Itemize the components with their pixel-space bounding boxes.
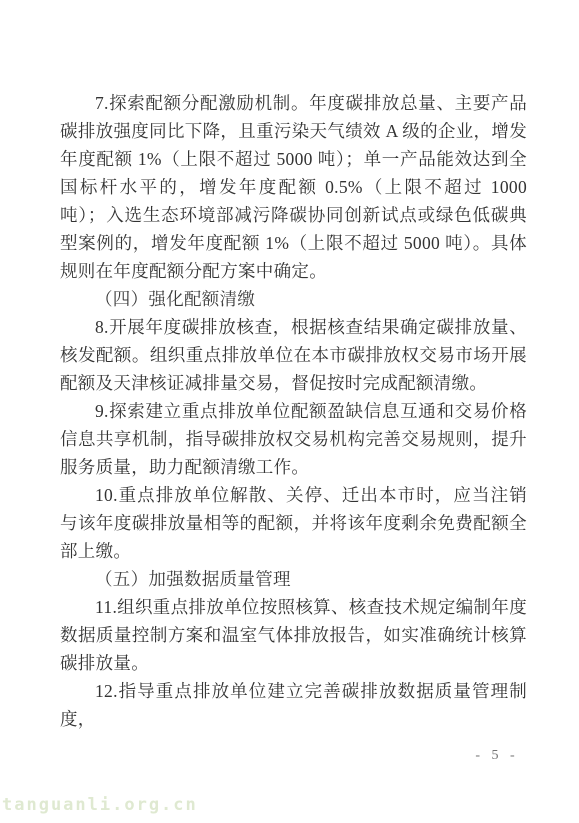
body-paragraph: 11.组织重点排放单位按照核算、核查技术规定编制年度数据质量控制方案和温室气体排… <box>60 593 527 677</box>
watermark-text: tanguanli.org.cn <box>2 795 198 815</box>
section-heading: （四）强化配额清缴 <box>60 285 527 313</box>
body-paragraph: 10.重点排放单位解散、关停、迁出本市时，应当注销与该年度碳排放量相等的配额，并… <box>60 481 527 565</box>
body-paragraph: 7.探索配额分配激励机制。年度碳排放总量、主要产品碳排放强度同比下降，且重污染天… <box>60 89 527 285</box>
document-page: 7.探索配额分配激励机制。年度碳排放总量、主要产品碳排放强度同比下降，且重污染天… <box>0 0 579 823</box>
body-paragraph: 8.开展年度碳排放核查，根据核查结果确定碳排放量、核发配额。组织重点排放单位在本… <box>60 313 527 397</box>
page-number: - 5 - <box>462 748 532 764</box>
body-paragraph: 9.探索建立重点排放单位配额盈缺信息互通和交易价格信息共享机制，指导碳排放权交易… <box>60 397 527 481</box>
document-body: 7.探索配额分配激励机制。年度碳排放总量、主要产品碳排放强度同比下降，且重污染天… <box>60 89 527 733</box>
section-heading: （五）加强数据质量管理 <box>60 565 527 593</box>
body-paragraph: 12.指导重点排放单位建立完善碳排放数据质量管理制度， <box>60 677 527 733</box>
